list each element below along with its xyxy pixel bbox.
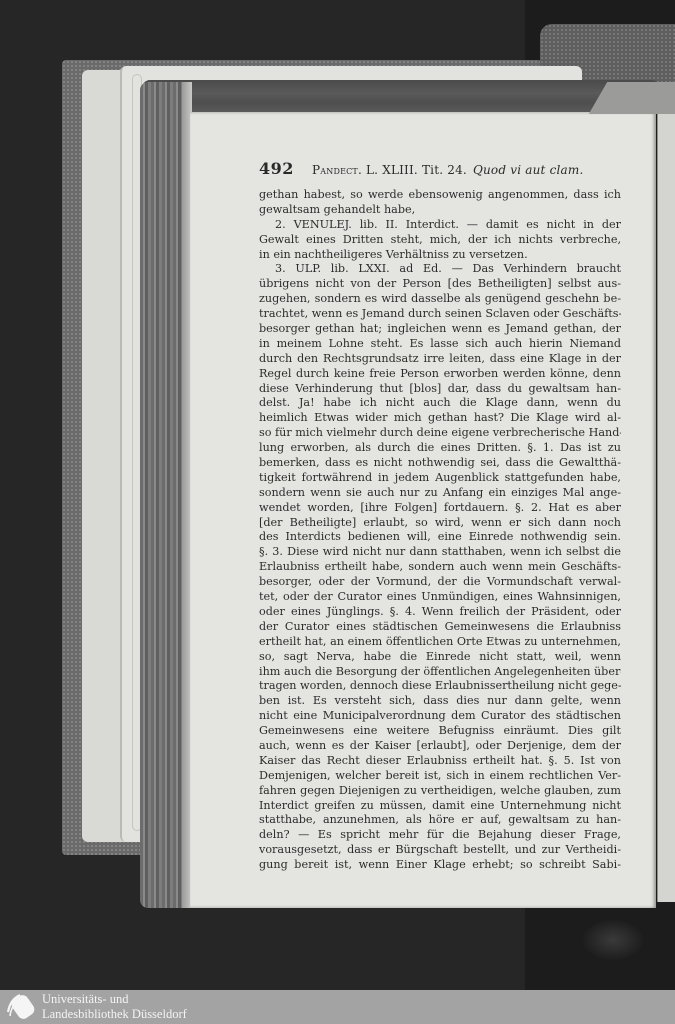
library-name-line2: Landesbibliothek Düsseldorf (42, 1007, 187, 1022)
text-line: Regel durch keine freie Person erworben … (259, 367, 621, 382)
text-line: lung erworben, als durch die eines Dritt… (259, 441, 621, 456)
text-line: auch, wenn es der Kaiser [erlaubt], oder… (259, 739, 621, 754)
text-line: Gewalt eines Dritten steht, mich, der ic… (259, 233, 621, 248)
text-line: Interdict greifen zu müssen, damit eine … (259, 799, 621, 814)
text-line: tragen worden, dennoch diese Erlaubnisse… (259, 679, 621, 694)
text-line: ben ist. Es versteht sich, dass dies nur… (259, 694, 621, 709)
library-name-line1: Universitäts- und (42, 992, 128, 1007)
text-line: wendet worden, [ihre Folgen] fortdauern.… (259, 501, 621, 516)
text-line: besorger, oder der Vormund, der die Vorm… (259, 575, 621, 590)
text-line: des Interdicts bedienen will, eine Einre… (259, 530, 621, 545)
text-line: so für mich vielmehr durch deine eigene … (259, 426, 621, 441)
running-head-ref: L. XLIII. Tit. 24. (366, 163, 467, 177)
text-line: fahren gegen Diejenigen zu vertheidigen,… (259, 784, 621, 799)
facing-page-edge (657, 112, 675, 902)
text-line: bemerken, dass es nicht nothwendig sei, … (259, 456, 621, 471)
text-line: ertheilt hat, an einem öffentlichen Orte… (259, 635, 621, 650)
library-footer-banner[interactable]: Universitäts- und Landesbibliothek Düsse… (0, 990, 675, 1024)
text-line: gethan habest, so werde ebensowenig ange… (259, 188, 621, 203)
running-head-italic: Quod vi aut clam. (473, 163, 584, 177)
text-line: durch den Rechtsgrundsatz irre leiten, d… (259, 352, 621, 367)
book-stand-shadow (583, 920, 643, 960)
book-scan: 492 Pandect. L. XLIII. Tit. 24.Quod vi a… (0, 0, 675, 990)
text-line: [der Betheiligte] erlaubt, so wird, wenn… (259, 516, 621, 531)
running-head: Pandect. L. XLIII. Tit. 24.Quod vi aut c… (312, 163, 583, 177)
text-line: vorausgesetzt, dass er Bürgschaft bestel… (259, 843, 621, 858)
text-line: der Curator eines städtischen Gemeinwese… (259, 620, 621, 635)
text-line: ihm auch die Besorgung der öffentlichen … (259, 665, 621, 680)
text-line: gung bereit ist, wenn Einer Klage erhebt… (259, 858, 621, 873)
page-body-text: gethan habest, so werde ebensowenig ange… (259, 188, 621, 873)
page-block-top-edge (142, 80, 660, 113)
text-line: zugehen, sondern es wird dasselbe als ge… (259, 292, 621, 307)
page-block-left-edge (140, 82, 192, 908)
text-line: deln? — Es spricht mehr für die Bejahung… (259, 828, 621, 843)
text-line: heimlich Etwas wider mich gethan hast? D… (259, 411, 621, 426)
text-line: oder eines Jünglings. §. 4. Wenn freilic… (259, 605, 621, 620)
text-line: in ein nachtheiligeres Verhältniss zu ve… (259, 248, 621, 263)
text-line: delst. Ja! habe ich nicht auch die Klage… (259, 396, 621, 411)
text-line: sondern wenn sie auch nur zu Anfang ein … (259, 486, 621, 501)
text-line: Gemeinwesens eine weitere Befugniss einr… (259, 724, 621, 739)
library-book-logo-icon (4, 992, 36, 1022)
text-line: nicht eine Municipalverordnung dem Curat… (259, 709, 621, 724)
text-line: §. 3. Diese wird nicht nur dann statthab… (259, 545, 621, 560)
text-line: gewaltsam gehandelt habe, (259, 203, 621, 218)
running-head-title: Pandect. (312, 163, 362, 177)
text-line: so, sagt Nerva, habe die Einrede nicht s… (259, 650, 621, 665)
text-line: Kaiser das Recht dieser Erlaubniss erthe… (259, 754, 621, 769)
text-line: Demjenigen, welcher bereit ist, sich in … (259, 769, 621, 784)
text-line: in meinem Lohne steht. Es lasse sich auc… (259, 337, 621, 352)
text-line: besorger gethan hat; ingleichen wenn es … (259, 322, 621, 337)
text-line: Erlaubniss ertheilt habe, sondern auch w… (259, 560, 621, 575)
text-line: trachtet, wenn es Jemand durch seinen Sc… (259, 307, 621, 322)
text-line: 2. VENULEJ. lib. II. Interdict. — damit … (259, 218, 621, 233)
text-line: 3. ULP. lib. LXXI. ad Ed. — Das Verhinde… (259, 262, 621, 277)
text-line: diese Verhinderung thut [blos] dar, dass… (259, 382, 621, 397)
page-header: 492 Pandect. L. XLIII. Tit. 24.Quod vi a… (259, 161, 629, 181)
text-line: tigkeit fortwährend in jedem Augenblick … (259, 471, 621, 486)
text-line: statthabe, anzunehmen, als höre er auf, … (259, 813, 621, 828)
text-line: übrigens nicht von der Person [des Bethe… (259, 277, 621, 292)
page-number: 492 (259, 159, 294, 178)
text-line: tet, oder der Curator eines Unmündigen, … (259, 590, 621, 605)
